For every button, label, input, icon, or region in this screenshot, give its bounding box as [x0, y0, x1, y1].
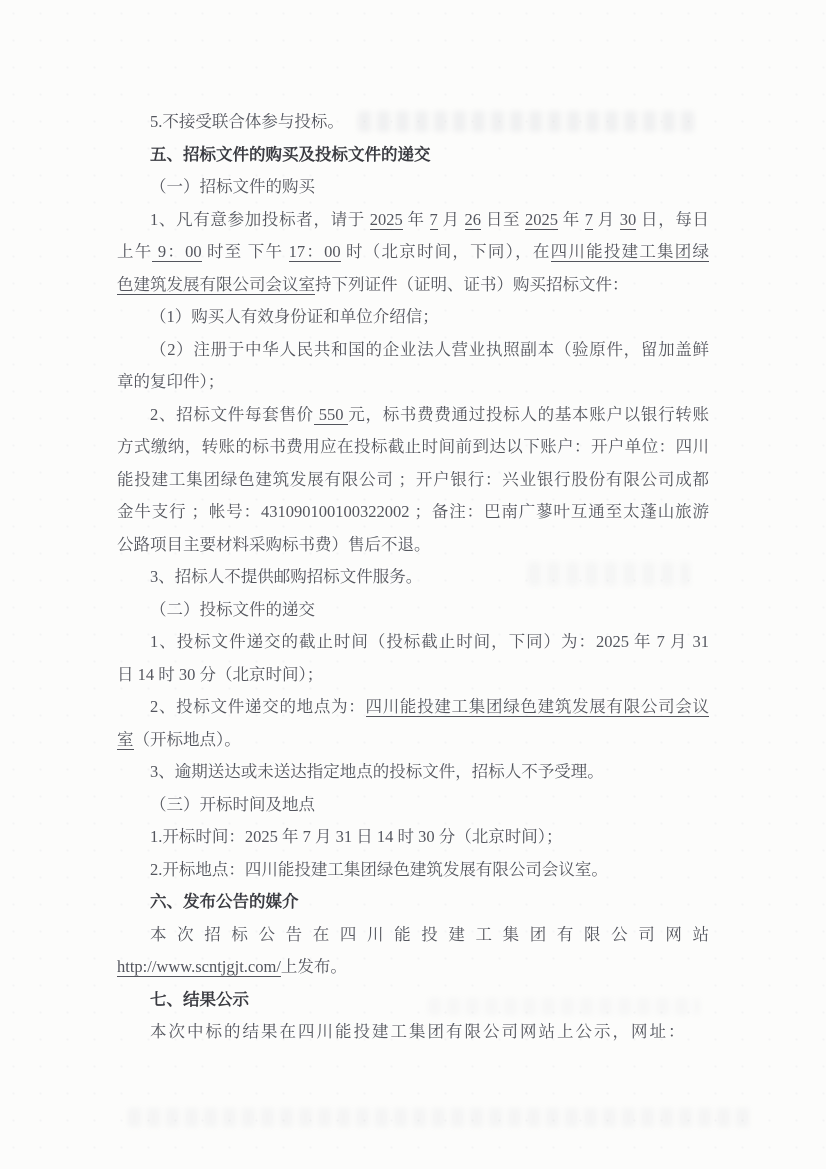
document-price-line-2: 方式缴纳，转账的标书费用应在投标截止时间前到达以下账户：开户单位：四川 [117, 431, 709, 464]
announcement-media-line-1: 本次招标公告在四川能投建工集团有限公司网站 [117, 919, 709, 952]
text-segment: 2、投标文件递交的地点为： [150, 697, 366, 716]
text-segment: 日至 [481, 210, 525, 229]
submission-place-line-1: 2、投标文件递交的地点为：四川能投建工集团绿色建筑发展有限公司会议 [117, 691, 709, 724]
document-content: 5.不接受联合体参与投标。五、招标文件的购买及投标文件的递交（一）招标文件的购买… [117, 106, 709, 1049]
text-segment: （开标地点）。 [134, 730, 241, 749]
subheading-submission: （二）投标文件的递交 [117, 594, 709, 627]
text-segment: 元，标书费费通过投标人的基本账户以银行转账 [348, 405, 709, 424]
bid-opening-time: 1.开标时间：2025 年 7 月 31 日 14 时 30 分（北京时间）； [117, 821, 709, 854]
text-segment: 7 [430, 210, 438, 230]
text-segment: 年 [403, 210, 430, 229]
bid-opening-place: 2.开标地点：四川能投建工集团绿色建筑发展有限公司会议室。 [117, 854, 709, 887]
text-segment: 时（北京时间，下同），在 [341, 242, 551, 261]
document-price-value: 550 [314, 405, 348, 425]
heading-section-seven: 七、结果公示 [117, 984, 709, 1017]
text-segment: 日 14 时 30 分（北京时间）； [117, 665, 323, 684]
text-segment: 章的复印件）； [117, 372, 224, 391]
text-segment: 上发布。 [281, 957, 347, 976]
text-segment: 时至 下午 [202, 242, 289, 261]
bleedthrough-artifact [128, 1108, 750, 1127]
text-segment: 7 [585, 210, 593, 230]
text-segment: 方式缴纳，转账的标书费用应在投标截止时间前到达以下账户：开户单位：四川 [117, 437, 709, 456]
text-segment: 5.不接受联合体参与投标。 [150, 112, 344, 131]
late-delivery-clause: 3、逾期送达或未送达指定地点的投标文件，招标人不予受理。 [117, 756, 709, 789]
text-segment: （一）招标文件的购买 [150, 177, 315, 196]
text-segment: 上午 [117, 242, 152, 261]
text-segment: （二）投标文件的递交 [150, 600, 315, 619]
text-segment: 9：00 [152, 242, 201, 262]
text-segment: 1.开标时间：2025 年 7 月 31 日 14 时 30 分（北京时间）； [150, 827, 563, 846]
text-segment: 六、发布公告的媒介 [150, 892, 299, 911]
document-price-line-3: 能投建工集团绿色建筑发展有限公司 ；开户银行：兴业银行股份有限公司成都 [117, 464, 709, 497]
subheading-bid-opening: （三）开标时间及地点 [117, 789, 709, 822]
text-segment: 能投建工集团绿色建筑发展有限公司 ；开户银行：兴业银行股份有限公司成都 [117, 470, 709, 489]
document-price-line-5: 公路项目主要材料采购标书费）售后不退。 [117, 529, 709, 562]
text-segment: 2、招标文件每套售价 [150, 405, 314, 424]
text-segment: 金牛支行 ；帐号：431090100100322002 ；备注：巴南广蓼叶互通至… [117, 502, 709, 521]
website-url: http://www.scntjgjt.com/ [117, 957, 281, 977]
text-segment: 月 [593, 210, 620, 229]
purchase-venue-part-2: 色建筑发展有限公司会议室 [117, 275, 315, 295]
text-segment: 七、结果公示 [150, 990, 249, 1009]
purchase-venue-part-1: 四川能投建工集团绿 [551, 242, 709, 262]
text-segment: 1、投标文件递交的截止时间（投标截止时间，下同）为：2025 年 7 月 31 [150, 632, 709, 651]
text-segment: 2.开标地点：四川能投建工集团绿色建筑发展有限公司会议室。 [150, 860, 608, 879]
heading-section-five: 五、招标文件的购买及投标文件的递交 [117, 139, 709, 172]
text-segment: 五、招标文件的购买及投标文件的递交 [150, 145, 431, 164]
text-segment: 本次中标的结果在四川能投建工集团有限公司网站上公示，网址： [150, 1022, 687, 1041]
text-segment: 本次招标公告在四川能投建工集团有限公司网站 [150, 925, 709, 944]
submission-deadline-line-1: 1、投标文件递交的截止时间（投标截止时间，下同）为：2025 年 7 月 31 [117, 626, 709, 659]
subheading-purchase-of-bidding-documents: （一）招标文件的购买 [117, 171, 709, 204]
purchase-time-line-3: 色建筑发展有限公司会议室持下列证件（证明、证书）购买招标文件： [117, 269, 709, 302]
text-segment: 26 [465, 210, 482, 230]
submission-place-line-2: 室（开标地点）。 [117, 724, 709, 757]
purchase-time-line-1: 1、凡有意参加投标者，请于 2025 年 7 月 26 日至 2025 年 7 … [117, 204, 709, 237]
submission-venue-part-1: 四川能投建工集团绿色建筑发展有限公司会议 [366, 697, 710, 717]
text-segment: （1）购买人有效身份证和单位介绍信； [150, 307, 439, 326]
text-segment: （2）注册于中华人民共和国的企业法人营业执照副本（验原件，留加盖鲜 [150, 340, 709, 359]
submission-deadline-line-2: 日 14 时 30 分（北京时间）； [117, 659, 709, 692]
credential-business-license-line-1: （2）注册于中华人民共和国的企业法人营业执照副本（验原件，留加盖鲜 [117, 334, 709, 367]
text-segment: 年 [558, 210, 585, 229]
text-segment: （三）开标时间及地点 [150, 795, 315, 814]
text-segment: 持下列证件（证明、证书）购买招标文件： [315, 275, 629, 294]
purchase-time-line-2: 上午 9：00 时至 下午 17：00 时（北京时间，下同），在四川能投建工集团… [117, 236, 709, 269]
clause-no-consortium: 5.不接受联合体参与投标。 [117, 106, 709, 139]
text-segment: 2025 [525, 210, 558, 230]
document-price-line-4: 金牛支行 ；帐号：431090100100322002 ；备注：巴南广蓼叶互通至… [117, 496, 709, 529]
text-segment: 月 [438, 210, 465, 229]
text-segment: 30 [620, 210, 637, 230]
text-segment: 3、招标人不提供邮购招标文件服务。 [150, 567, 422, 586]
text-segment: 17：00 [289, 242, 341, 262]
credential-business-license-line-2: 章的复印件）； [117, 366, 709, 399]
credential-id-letter: （1）购买人有效身份证和单位介绍信； [117, 301, 709, 334]
announcement-media-line-2: http://www.scntjgjt.com/上发布。 [117, 951, 709, 984]
text-segment: 公路项目主要材料采购标书费）售后不退。 [117, 535, 431, 554]
text-segment: 3、逾期送达或未送达指定地点的投标文件，招标人不予受理。 [150, 762, 604, 781]
text-segment: 1、凡有意参加投标者，请于 [150, 210, 370, 229]
result-publicity: 本次中标的结果在四川能投建工集团有限公司网站上公示，网址： [117, 1016, 709, 1049]
submission-venue-part-2: 室 [117, 730, 134, 750]
text-segment: 日，每日 [636, 210, 709, 229]
heading-section-six: 六、发布公告的媒介 [117, 886, 709, 919]
no-mail-order: 3、招标人不提供邮购招标文件服务。 [117, 561, 709, 594]
text-segment: 2025 [370, 210, 403, 230]
document-page: 5.不接受联合体参与投标。五、招标文件的购买及投标文件的递交（一）招标文件的购买… [0, 0, 826, 1169]
document-price-line-1: 2、招标文件每套售价 550 元，标书费费通过投标人的基本账户以银行转账 [117, 399, 709, 432]
